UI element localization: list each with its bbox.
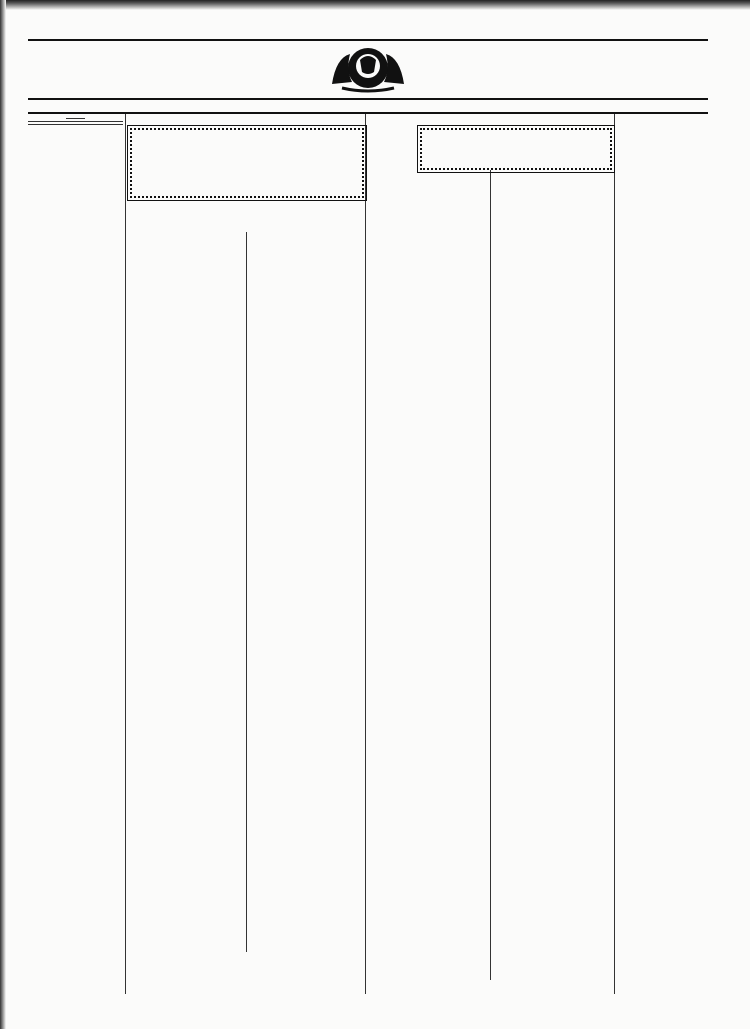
directory-column — [28, 116, 123, 1016]
scan-top-edge — [0, 0, 750, 14]
column-rule — [365, 114, 366, 994]
dateline-top-rule — [28, 98, 708, 100]
column-rule — [125, 114, 126, 994]
michigan-news-col2 — [249, 206, 363, 976]
legislature-column — [368, 116, 488, 986]
masthead-top-rule — [28, 39, 708, 41]
michigan-news-col1 — [128, 206, 243, 996]
column-rule — [246, 232, 247, 952]
michigan-news-banner — [130, 128, 364, 198]
state-seal-icon — [322, 44, 414, 94]
newspaper-page — [0, 0, 750, 1029]
scan-left-edge — [0, 0, 6, 1029]
column-rule — [614, 114, 615, 994]
news-of-world-banner — [420, 128, 612, 170]
dateline-bottom-rule — [28, 112, 708, 114]
column-rule — [490, 170, 491, 980]
